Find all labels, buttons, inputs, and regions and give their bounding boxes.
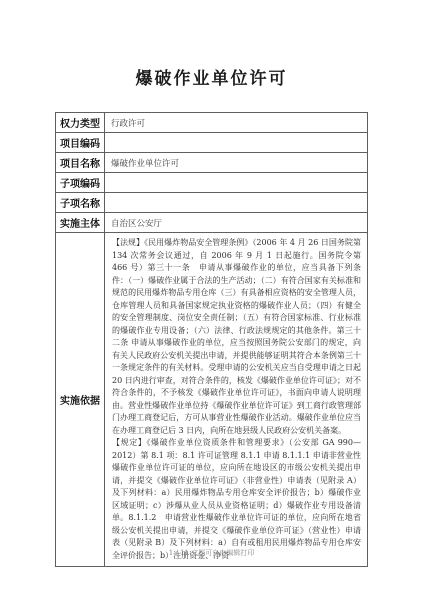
table-row: 子项名称	[56, 193, 368, 213]
row-label: 实施主体	[56, 213, 105, 233]
row-value: 行政许可	[105, 113, 368, 133]
document-page: 爆破作业单位许可 权力类型 行政许可 项目编码 项目名称 爆破作业单位许可 子项…	[0, 0, 423, 600]
table-row: 权力类型 行政许可	[56, 113, 368, 133]
legal-basis-text: 【法规】《民用爆炸物品安全管理条例》（2006 年 4 月 26 日国务院第 1…	[105, 233, 368, 567]
table-row: 项目编码	[56, 133, 368, 153]
page-title: 爆破作业单位许可	[0, 0, 423, 89]
legal-basis-paragraph-regulation: 【法规】《民用爆炸物品安全管理条例》（2006 年 4 月 26 日国务院第 1…	[112, 237, 361, 437]
row-label: 项目名称	[56, 153, 105, 173]
info-table: 权力类型 行政许可 项目编码 项目名称 爆破作业单位许可 子项编码 子项名称 实…	[55, 112, 368, 567]
table-row: 项目名称 爆破作业单位许可	[56, 153, 368, 173]
page-footer: 1 / 11 文档可自由编辑打印	[0, 548, 423, 558]
row-value	[105, 173, 368, 193]
row-value: 爆破作业单位许可	[105, 153, 368, 173]
row-value: 自治区公安厅	[105, 213, 368, 233]
legal-basis-paragraph-requirement: 【规定】《爆破作业单位资质条件和管理要求》（公安部 GA 990—2012）第 …	[112, 437, 361, 562]
row-value	[105, 133, 368, 153]
row-label: 权力类型	[56, 113, 105, 133]
row-label: 实施依据	[56, 233, 105, 567]
row-label: 子项名称	[56, 193, 105, 213]
row-label: 项目编码	[56, 133, 105, 153]
table-row: 实施主体 自治区公安厅	[56, 213, 368, 233]
table-row-legal-basis: 实施依据 【法规】《民用爆炸物品安全管理条例》（2006 年 4 月 26 日国…	[56, 233, 368, 567]
row-value	[105, 193, 368, 213]
row-label: 子项编码	[56, 173, 105, 193]
table-row: 子项编码	[56, 173, 368, 193]
